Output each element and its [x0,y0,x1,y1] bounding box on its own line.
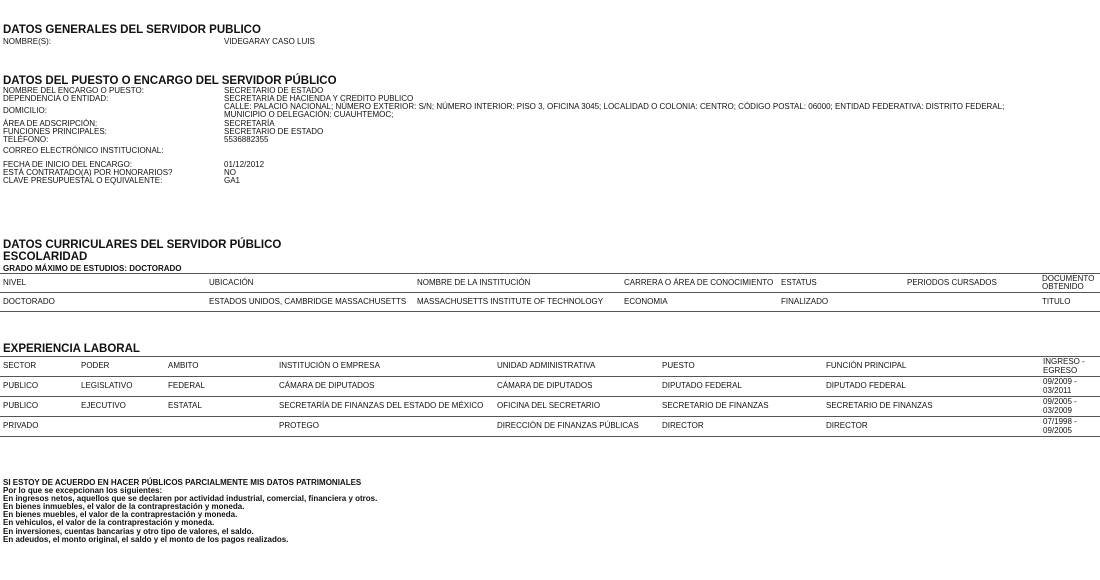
table-row: DOCTORADO ESTADOS UNIDOS, CAMBRIDGE MASS… [0,293,1100,312]
cell-funcion: SECRETARIO DE FINANZAS [823,397,1040,417]
header-institucion: NOMBRE DE LA INSTITUCIÓN [414,274,621,293]
experiencia-table: SECTOR PODER AMBITO INSTITUCIÓN O EMPRES… [0,356,1100,437]
cell-unidad: OFICINA DEL SECRETARIO [494,397,659,417]
field-label: CLAVE PRESUPUESTAL O EQUIVALENTE: [3,177,162,185]
patrimonio-disclaimer: SI ESTOY DE ACUERDO EN HACER PÚBLICOS PA… [3,479,377,544]
header-sector: SECTOR [0,357,78,377]
cell-ambito [165,417,276,437]
cell-sector: PUBLICO [0,377,78,397]
cell-ubicacion: ESTADOS UNIDOS, CAMBRIDGE MASSACHUSETTS [206,293,414,312]
cell-periodos [904,293,1039,312]
cell-documento: TITULO [1039,293,1100,312]
escolaridad-table: NIVEL UBICACIÓN NOMBRE DE LA INSTITUCIÓN… [0,273,1100,312]
cell-carrera: ECONOMIA [621,293,778,312]
cell-funcion: DIRECTOR [823,417,1040,437]
table-row: PUBLICO LEGISLATIVO FEDERAL CÁMARA DE DI… [0,377,1100,397]
section-title-generales: DATOS GENERALES DEL SERVIDOR PUBLICO [3,24,261,36]
header-puesto: PUESTO [659,357,823,377]
field-value: VIDEGARAY CASO LUIS [224,38,315,46]
table-row: PUBLICO EJECUTIVO ESTATAL SECRETARÍA DE … [0,397,1100,417]
field-value: 5536882355 [224,136,269,144]
cell-poder [78,417,165,437]
cell-puesto: DIPUTADO FEDERAL [659,377,823,397]
table-header-row: NIVEL UBICACIÓN NOMBRE DE LA INSTITUCIÓN… [0,274,1100,293]
table-header-row: SECTOR PODER AMBITO INSTITUCIÓN O EMPRES… [0,357,1100,377]
header-ubicacion: UBICACIÓN [206,274,414,293]
field-value: GA1 [224,177,240,185]
cell-puesto: DIRECTOR [659,417,823,437]
header-ingreso-egreso: INGRESO - EGRESO [1040,357,1100,377]
cell-unidad: CÁMARA DE DIPUTADOS [494,377,659,397]
cell-sector: PRIVADO [0,417,78,437]
cell-ambito: ESTATAL [165,397,276,417]
header-poder: PODER [78,357,165,377]
cell-sector: PUBLICO [0,397,78,417]
table-row: PRIVADO PROTEGO DIRECCIÓN DE FINANZAS PÚ… [0,417,1100,437]
field-label: NOMBRE(S): [3,38,51,46]
cell-institucion: CÁMARA DE DIPUTADOS [276,377,494,397]
field-label: DOMICILIO: [3,107,47,115]
field-domicilio: DOMICILIO: CALLE: PALACIO NACIONAL; NÚME… [3,103,1098,120]
cell-ingreso-egreso: 09/2005 - 03/2009 [1040,397,1100,417]
patrimonio-line: En adeudos, el monto original, el saldo … [3,536,377,544]
field-label: TELÉFONO: [3,136,48,144]
header-institucion: INSTITUCIÓN O EMPRESA [276,357,494,377]
cell-ingreso-egreso: 09/2009 - 03/2011 [1040,377,1100,397]
cell-institucion: SECRETARÍA DE FINANZAS DEL ESTADO DE MÉX… [276,397,494,417]
cell-poder: LEGISLATIVO [78,377,165,397]
subsection-title-escolaridad: ESCOLARIDAD [3,251,87,263]
cell-ambito: FEDERAL [165,377,276,397]
section-title-experiencia: EXPERIENCIA LABORAL [3,343,140,355]
cell-ingreso-egreso: 07/1998 - 09/2005 [1040,417,1100,437]
field-label: CORREO ELECTRÓNICO INSTITUCIONAL: [3,147,163,155]
cell-poder: EJECUTIVO [78,397,165,417]
cell-funcion: DIPUTADO FEDERAL [823,377,1040,397]
section-title-curriculares: DATOS CURRICULARES DEL SERVIDOR PÚBLICO [3,239,281,251]
cell-nivel: DOCTORADO [0,293,206,312]
grado-maximo: GRADO MÁXIMO DE ESTUDIOS: DOCTORADO [3,264,182,273]
header-ambito: AMBITO [165,357,276,377]
cell-unidad: DIRECCIÓN DE FINANZAS PÚBLICAS [494,417,659,437]
header-documento: DOCUMENTO OBTENIDO [1039,274,1100,293]
header-estatus: ESTATUS [778,274,904,293]
cell-puesto: SECRETARIO DE FINANZAS [659,397,823,417]
cell-institucion: MASSACHUSETTS INSTITUTE OF TECHNOLOGY [414,293,621,312]
cell-institucion: PROTEGO [276,417,494,437]
header-nivel: NIVEL [0,274,206,293]
header-periodos: PERIODOS CURSADOS [904,274,1039,293]
header-carrera: CARRERA O ÁREA DE CONOCIMIENTO [621,274,778,293]
header-funcion: FUNCIÓN PRINCIPAL [823,357,1040,377]
header-unidad: UNIDAD ADMINISTRATIVA [494,357,659,377]
cell-estatus: FINALIZADO [778,293,904,312]
